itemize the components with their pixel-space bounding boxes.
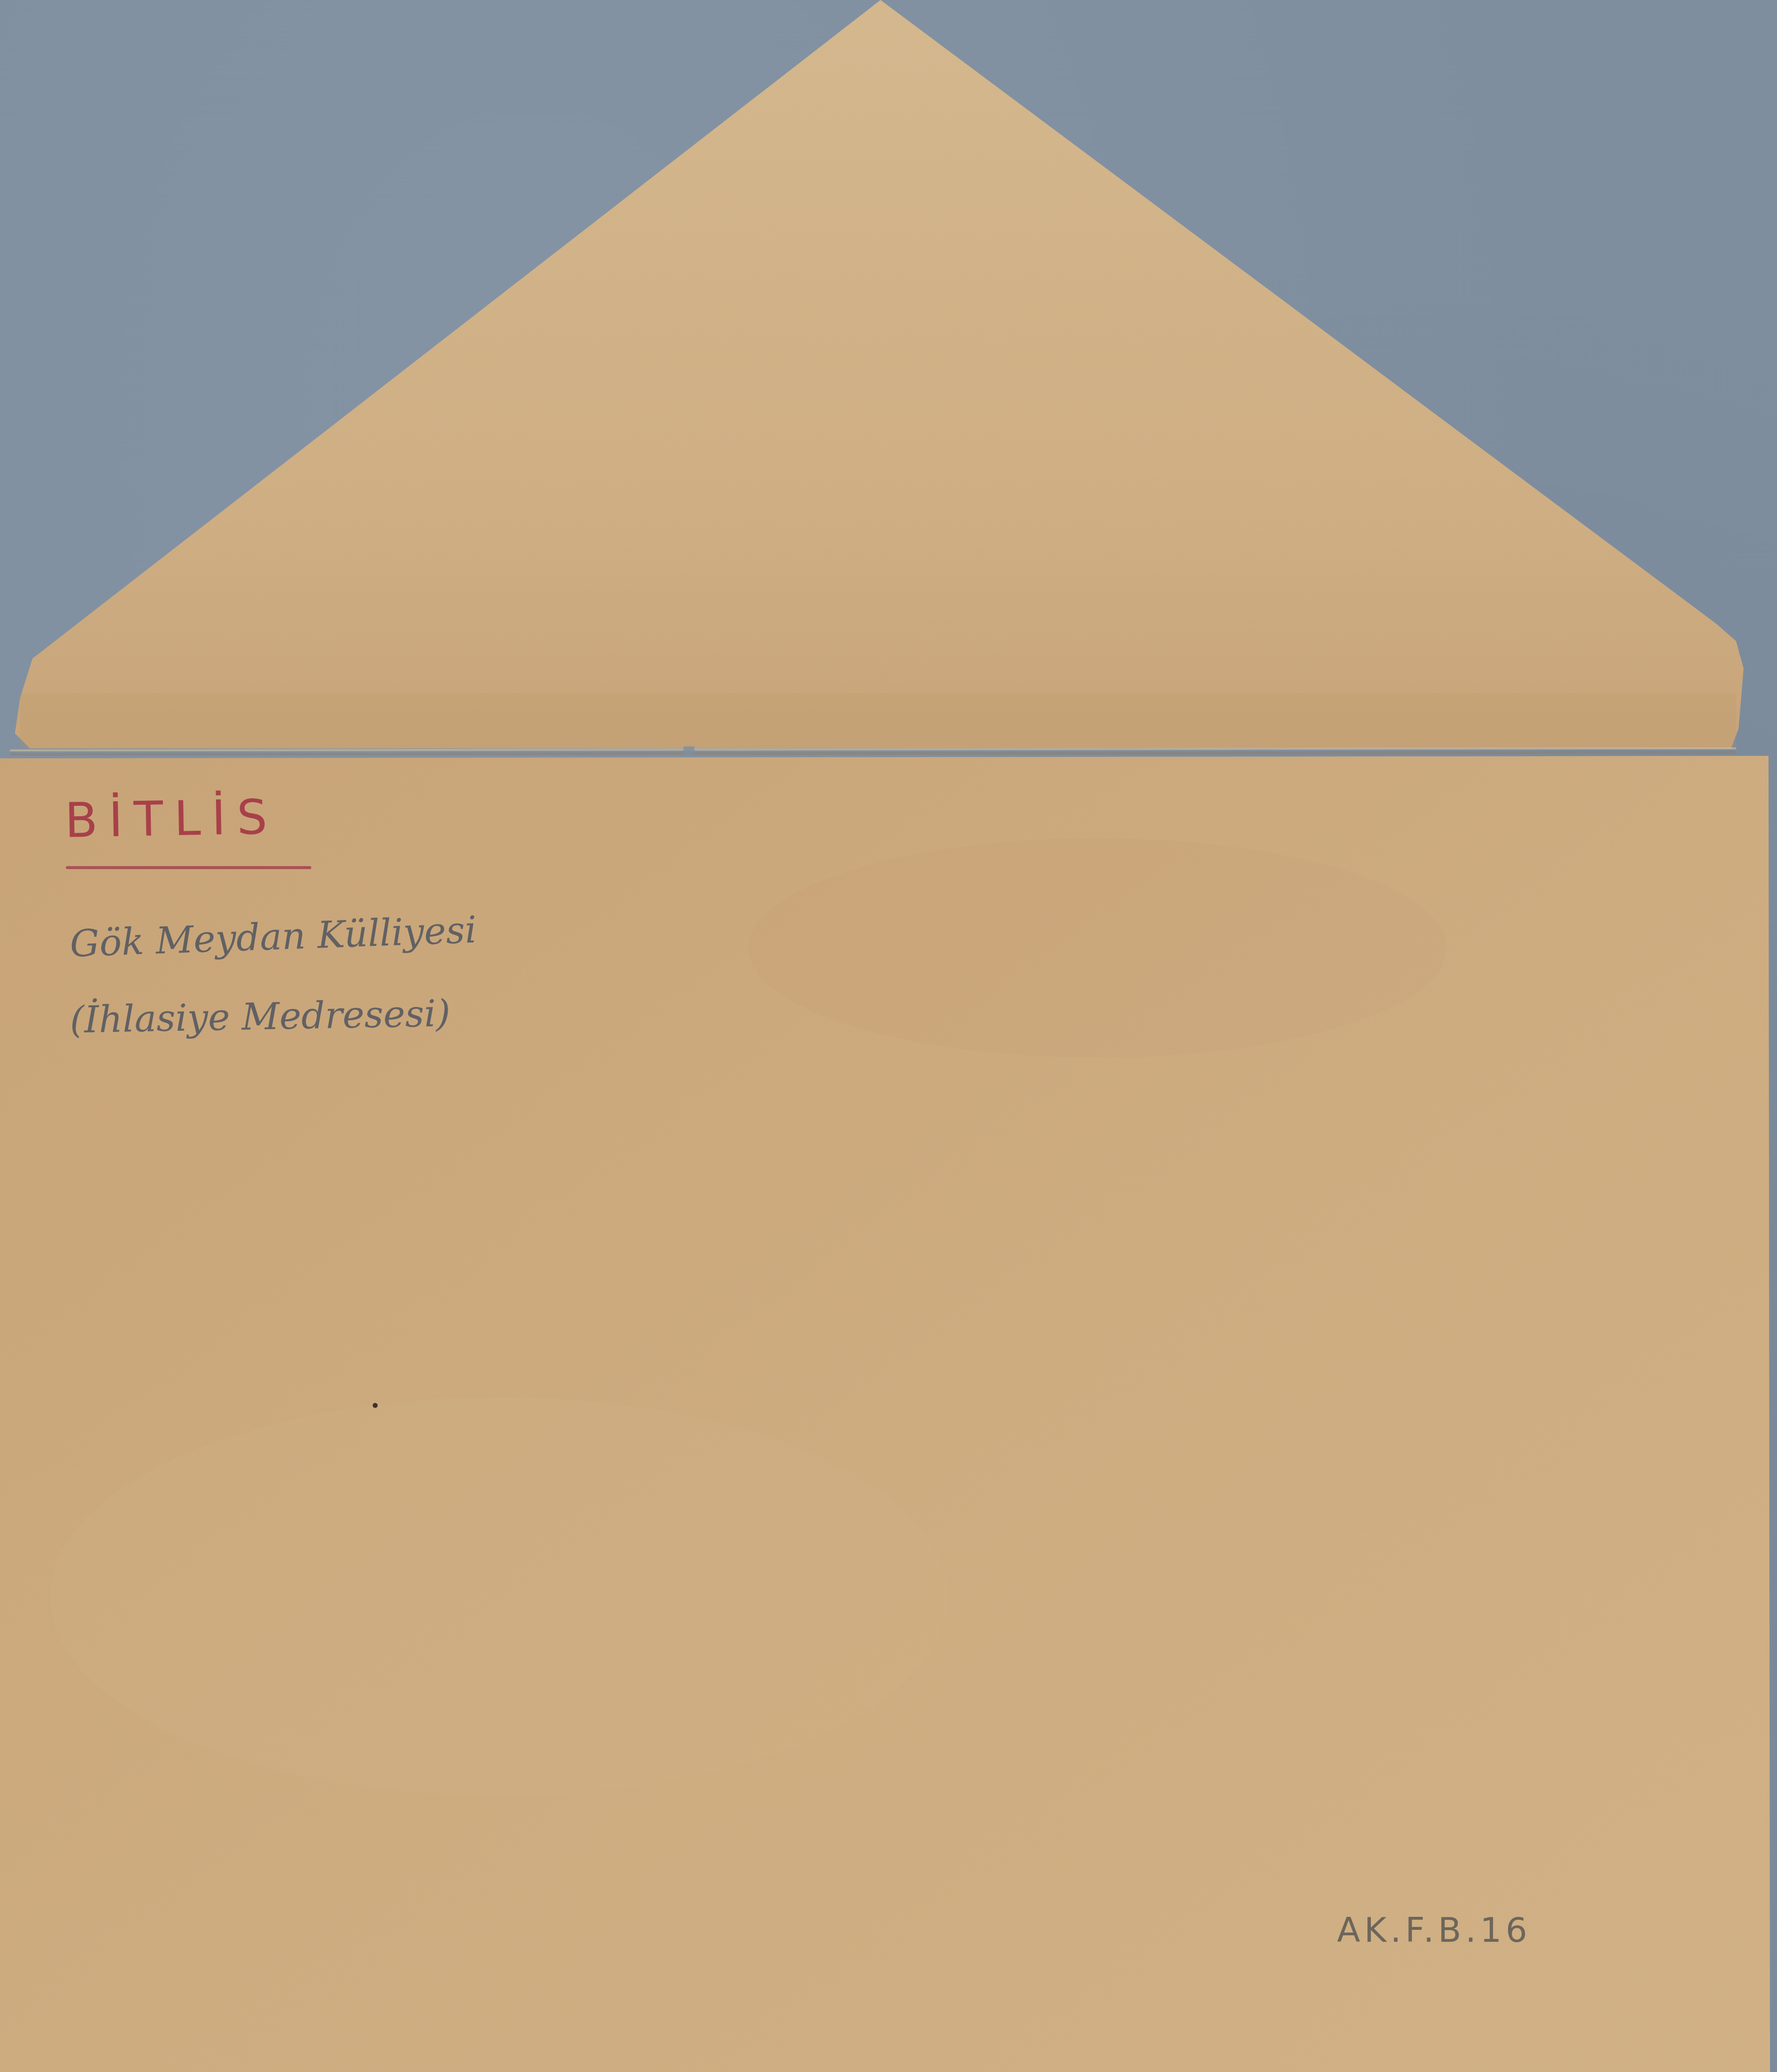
archive-code: AK.F.B.16 — [1337, 1911, 1531, 1950]
place-underline — [66, 866, 311, 869]
place-label: BİTLİS — [64, 789, 278, 848]
subject-line-2: (İhlasiye Medresesi) — [69, 992, 450, 1041]
envelope-flap — [15, 0, 1744, 748]
